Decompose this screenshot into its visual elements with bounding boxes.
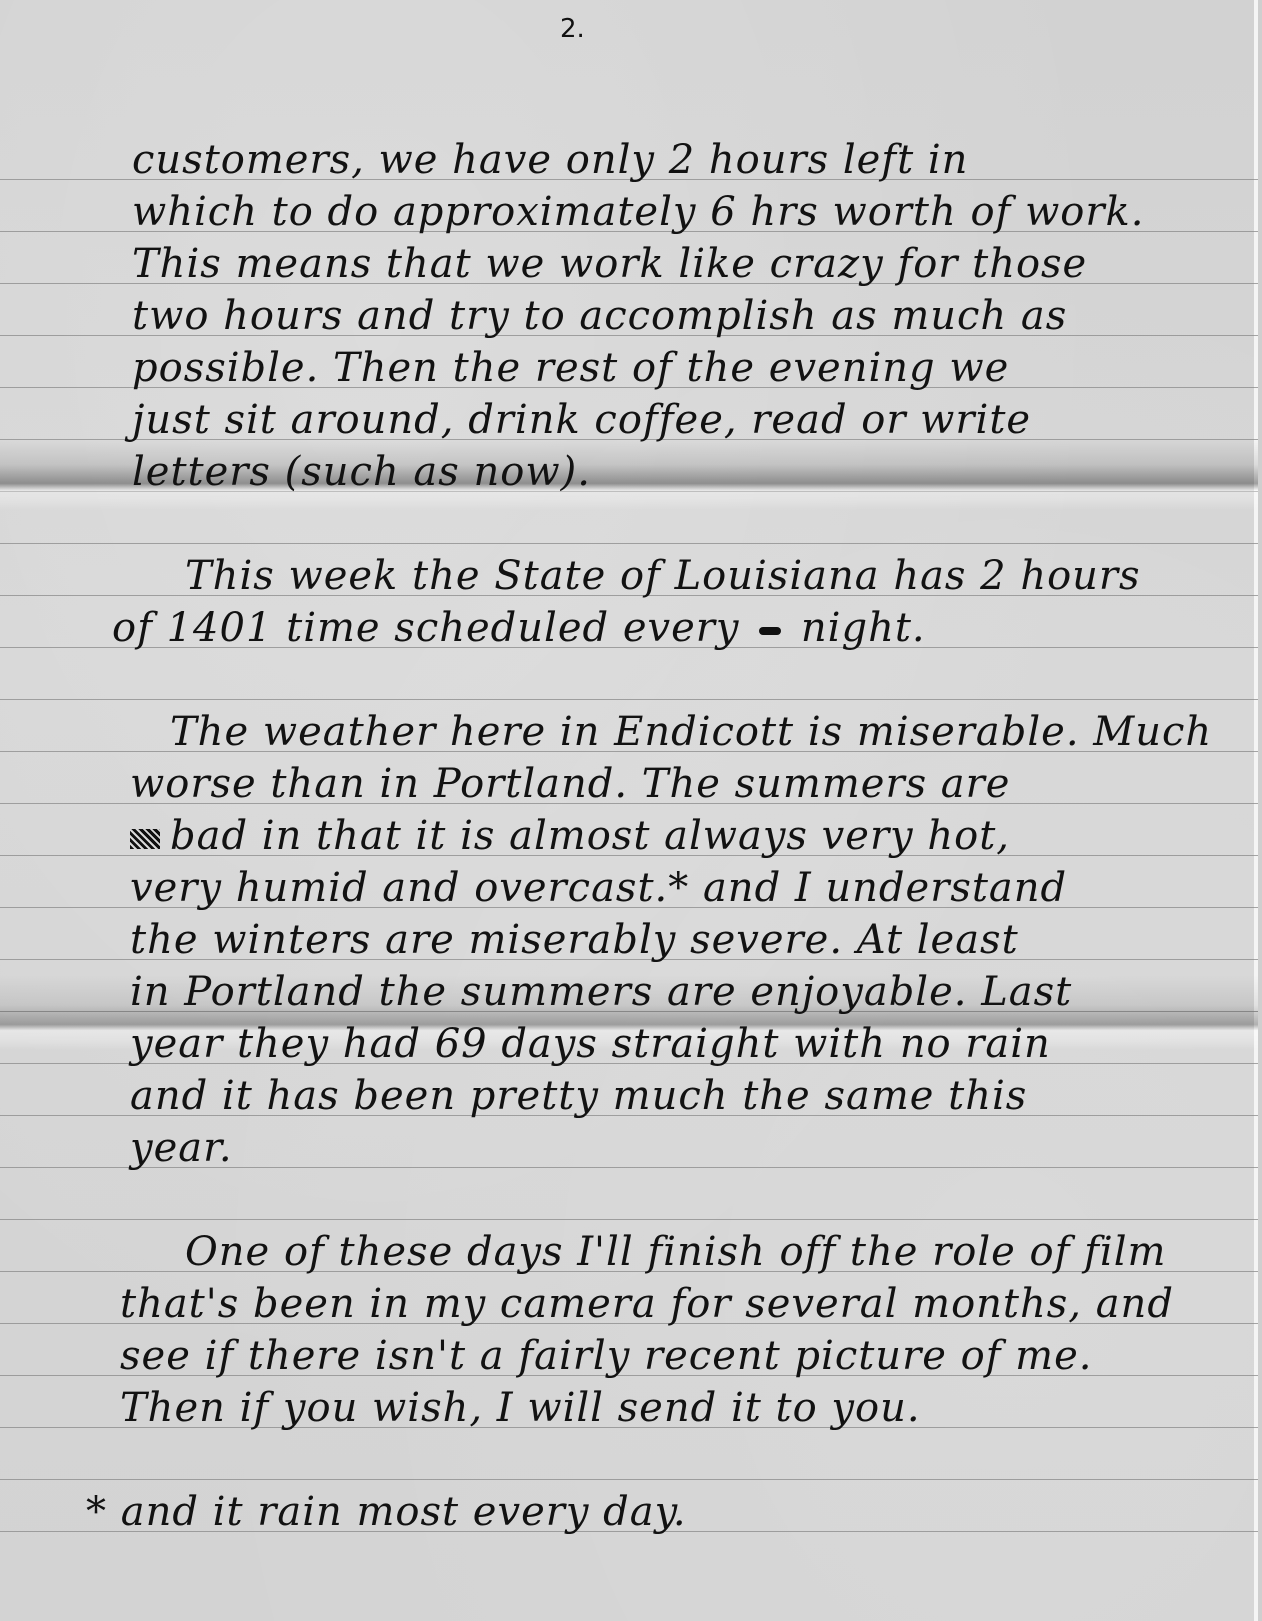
paper-edge bbox=[1254, 0, 1258, 1621]
text-line: customers, we have only 2 hours left in bbox=[132, 140, 968, 180]
text-line: in Portland the summers are enjoyable. L… bbox=[130, 972, 1072, 1012]
text-line: possible. Then the rest of the evening w… bbox=[132, 348, 1009, 388]
text-line: which to do approximately 6 hrs worth of… bbox=[132, 192, 1144, 232]
text-line: This means that we work like crazy for t… bbox=[132, 244, 1087, 284]
footnote: * and it rain most every day. bbox=[86, 1492, 687, 1532]
text-line: One of these days I'll finish off the ro… bbox=[185, 1232, 1166, 1272]
text-line: letters (such as now). bbox=[132, 452, 591, 492]
text-line: see if there isn't a fairly recent pictu… bbox=[120, 1336, 1093, 1376]
text-line: very humid and overcast.* and I understa… bbox=[130, 868, 1067, 908]
text-fragment: bad in that it is almost always very hot… bbox=[170, 813, 1010, 859]
text-line: Then if you wish, I will send it to you. bbox=[120, 1388, 921, 1428]
ruled-line bbox=[0, 1219, 1258, 1220]
text-line: of 1401 time scheduled every night. bbox=[112, 608, 926, 648]
ruled-line bbox=[0, 1479, 1258, 1480]
text-line: two hours and try to accomplish as much … bbox=[132, 296, 1067, 336]
ruled-line bbox=[0, 543, 1258, 544]
text-fragment: of 1401 time scheduled every bbox=[112, 605, 739, 651]
text-line: just sit around, drink coffee, read or w… bbox=[132, 400, 1031, 440]
text-line: This week the State of Louisiana has 2 h… bbox=[185, 556, 1141, 596]
text-fragment: night. bbox=[801, 605, 926, 651]
text-line: and it has been pretty much the same thi… bbox=[130, 1076, 1027, 1116]
crossed-out-mark bbox=[759, 627, 781, 635]
text-line: the winters are miserably severe. At lea… bbox=[130, 920, 1019, 960]
text-line: year. bbox=[130, 1128, 233, 1168]
page-number: 2. bbox=[560, 14, 585, 44]
letter-page: 2. customers, we have only 2 hours left … bbox=[0, 0, 1258, 1621]
ruled-line bbox=[0, 699, 1258, 700]
text-line: worse than in Portland. The summers are bbox=[130, 764, 1010, 804]
text-line: year they had 69 days straight with no r… bbox=[130, 1024, 1051, 1064]
text-line: bad in that it is almost always very hot… bbox=[130, 816, 1010, 856]
text-line: that's been in my camera for several mon… bbox=[120, 1284, 1174, 1324]
text-line: The weather here in Endicott is miserabl… bbox=[170, 712, 1212, 752]
scribbled-out-word bbox=[130, 829, 160, 849]
